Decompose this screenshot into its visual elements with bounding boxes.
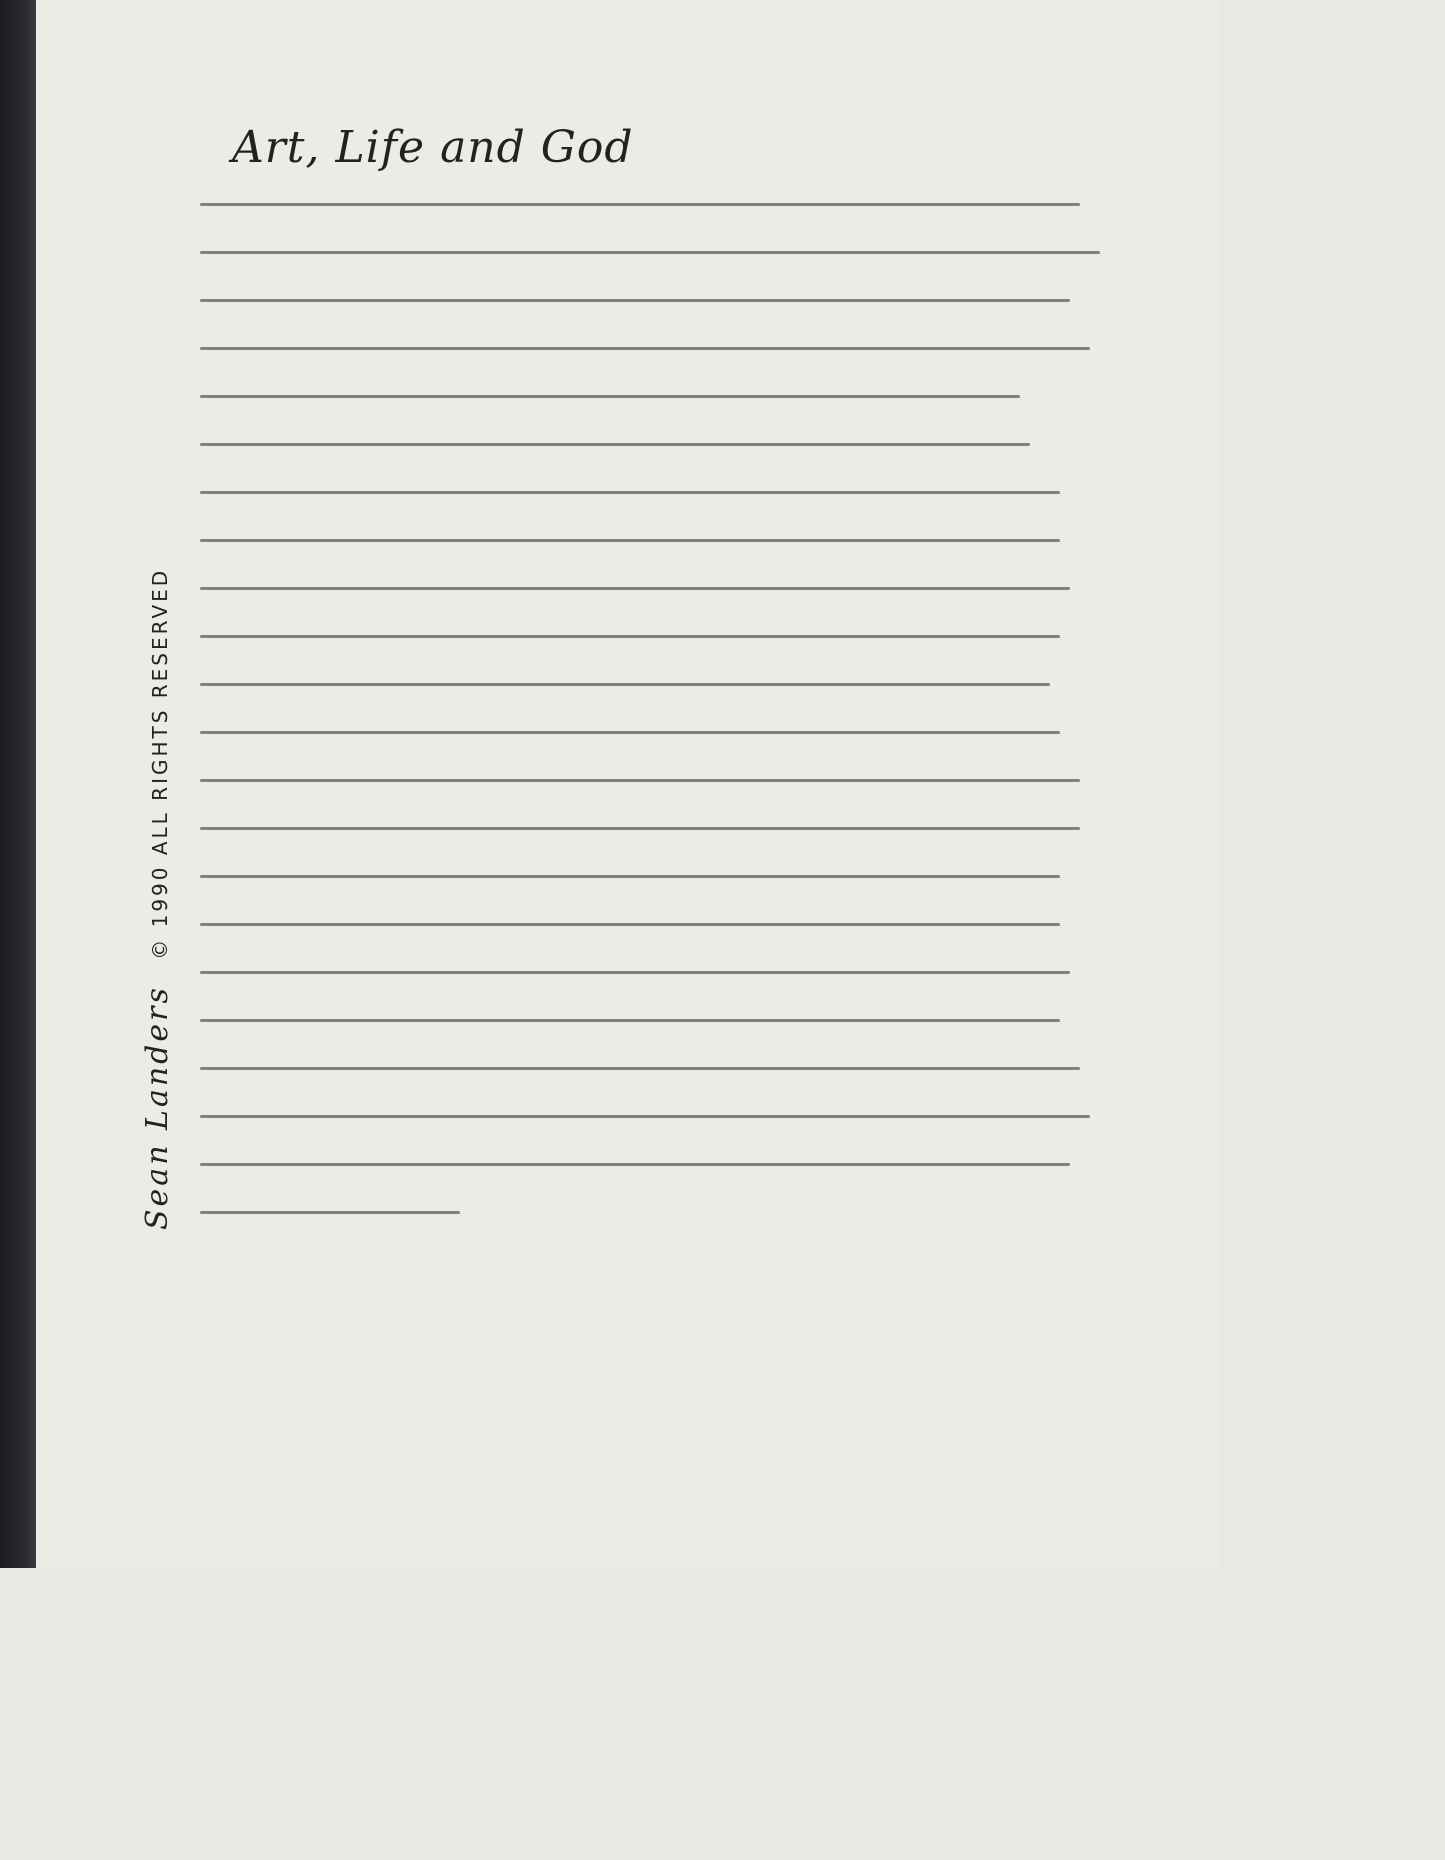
handwritten-line	[200, 180, 1100, 228]
handwritten-line	[200, 1092, 1100, 1140]
handwritten-line	[200, 372, 1100, 420]
handwritten-line	[200, 660, 1100, 708]
handwritten-line	[200, 852, 1100, 900]
copyright-note: © 1990 ALL RIGHTS RESERVED	[148, 568, 172, 960]
handwritten-line	[200, 1188, 1100, 1236]
handwritten-line	[200, 996, 1100, 1044]
handwritten-line	[200, 324, 1100, 372]
page-title: Art, Life and God	[232, 122, 634, 173]
handwritten-line	[200, 420, 1100, 468]
handwritten-line	[200, 612, 1100, 660]
handwritten-line	[200, 708, 1100, 756]
handwritten-line	[200, 756, 1100, 804]
book-binding	[0, 0, 36, 1568]
handwritten-line	[200, 516, 1100, 564]
margin-note: Sean Landers © 1990 ALL RIGHTS RESERVED	[140, 568, 175, 1230]
handwritten-line	[200, 564, 1100, 612]
handwritten-line	[200, 948, 1100, 996]
handwritten-line	[200, 276, 1100, 324]
handwritten-body	[200, 180, 1100, 1236]
handwritten-line	[200, 804, 1100, 852]
handwritten-line	[200, 468, 1100, 516]
handwritten-line	[200, 228, 1100, 276]
signature: Sean Landers	[140, 985, 175, 1230]
handwritten-line	[200, 1044, 1100, 1092]
handwritten-line	[200, 1140, 1100, 1188]
handwritten-line	[200, 900, 1100, 948]
